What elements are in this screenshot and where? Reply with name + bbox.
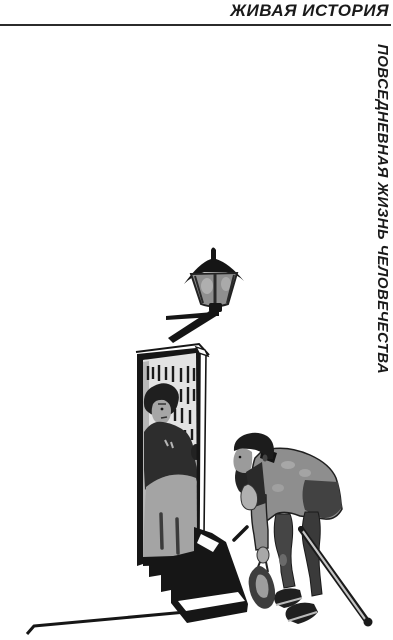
man-eye [239, 456, 242, 459]
lamp-glass-highlight [201, 278, 213, 294]
man-lowered-hand [257, 547, 269, 563]
book-page: ЖИВАЯ ИСТОРИЯ ПОВСЕДНЕВНАЯ ЖИЗНЬ ЧЕЛОВЕЧ… [0, 0, 393, 640]
stooped-man [233, 433, 372, 627]
skirt-fold [177, 519, 178, 553]
motion-mark [234, 527, 247, 540]
door-left-jamb [137, 354, 143, 566]
street-lamp [184, 248, 244, 317]
cane-top [298, 526, 304, 532]
jacket-highlight [281, 461, 295, 469]
cane-knob [364, 618, 373, 627]
jacket-highlight [272, 484, 284, 492]
illustration [0, 0, 393, 640]
man-ear [263, 455, 268, 462]
jacket-highlight [299, 469, 311, 477]
knee-highlight [279, 554, 287, 566]
ground-outline [27, 612, 186, 634]
skirt-fold [161, 514, 162, 548]
door-panel [199, 352, 206, 536]
woman-eye [161, 408, 164, 411]
woman-mouth [161, 417, 167, 418]
man-front-leg [274, 514, 295, 588]
lamp-bracket [166, 310, 218, 343]
